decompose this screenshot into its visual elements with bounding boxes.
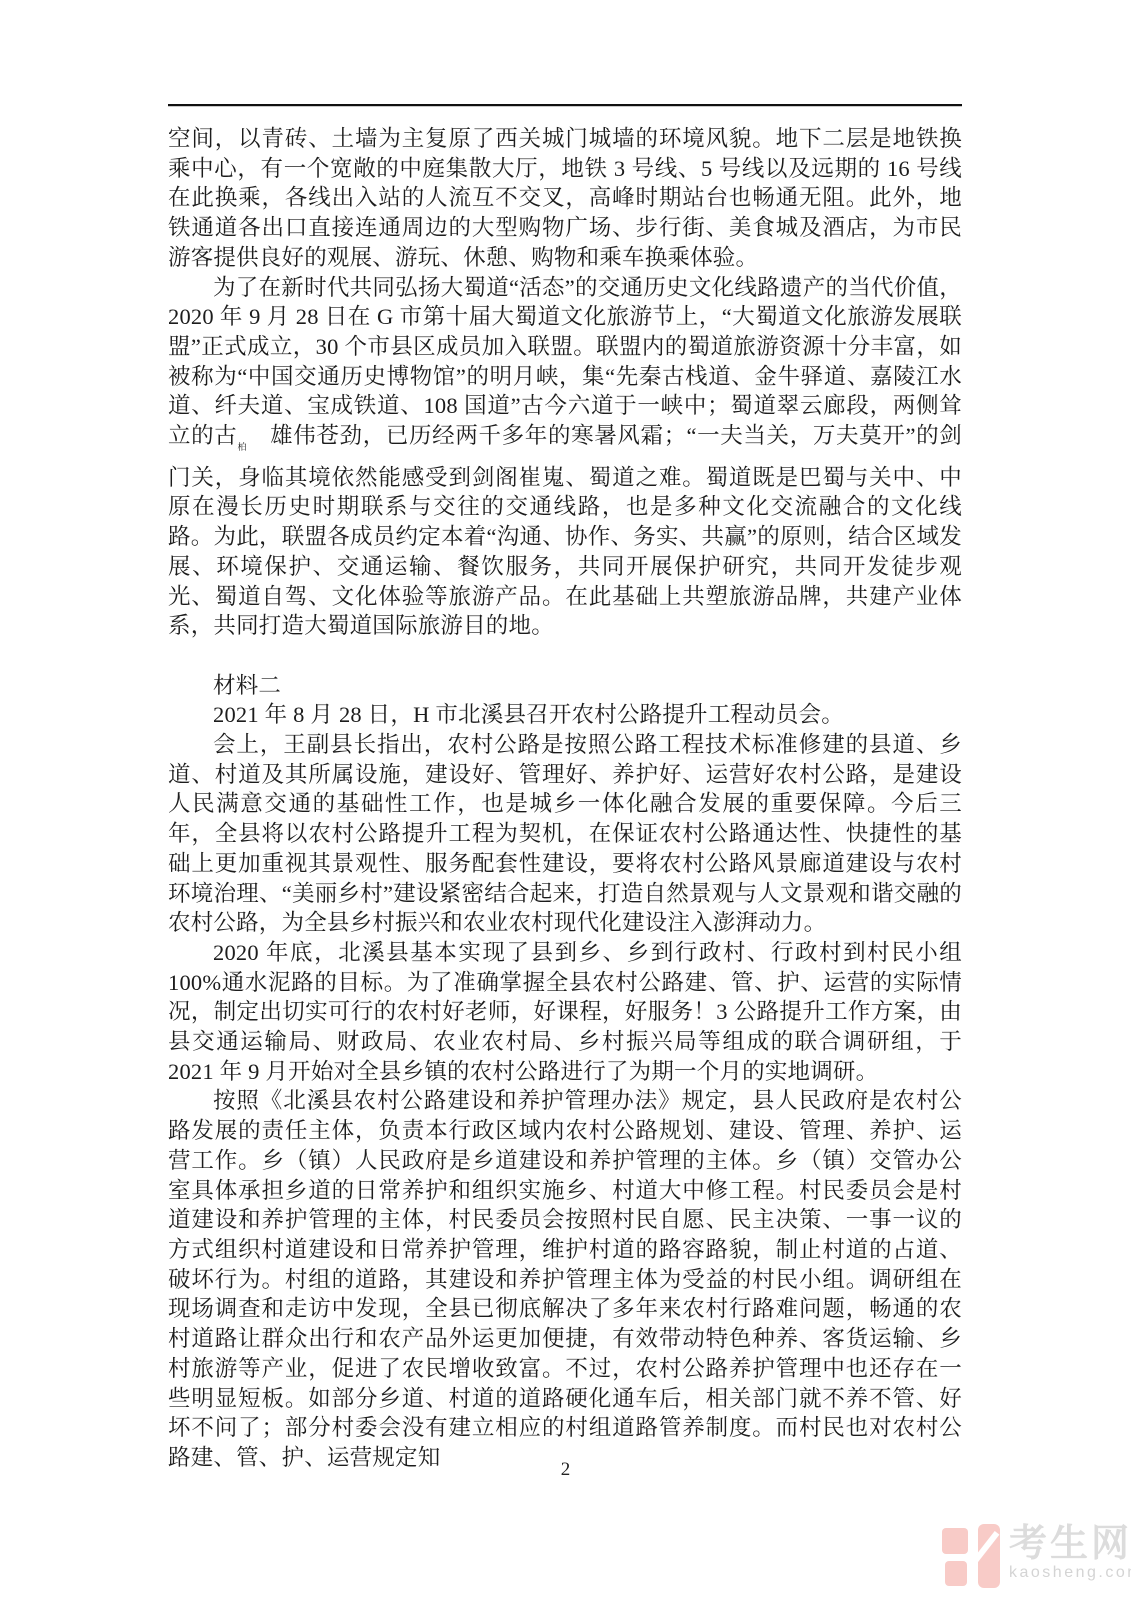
paragraph-management-measures: 按照《北溪县农村公路建设和养护管理办法》规定，县人民政府是农村公路发展的责任主体… bbox=[168, 1086, 962, 1472]
watermark-site-name: 考生网 bbox=[1009, 1524, 1131, 1564]
page-number: 2 bbox=[0, 1459, 1131, 1481]
paragraph-survey-team: 2020 年底，北溪县基本实现了县到乡、乡到行政村、行政村到村民小组 100%通… bbox=[168, 938, 962, 1087]
paragraph-text: 为了在新时代共同弘扬大蜀道“活态”的交通历史文化线路遗产的当代价值，2020 年… bbox=[168, 275, 962, 449]
logo-block-top-left bbox=[942, 1528, 968, 1554]
watermark-site-url: kaosheng.com bbox=[1009, 1564, 1131, 1582]
paragraph-mobilization-meeting: 2021 年 8 月 28 日，H 市北溪县召开农村公路提升工程动员会。 bbox=[168, 700, 962, 730]
paragraph-text: 雄伟苍劲，已历经两千多年的寒暑风霜；“一夫当关，万夫莫开”的剑门关，身临其境依然… bbox=[168, 423, 962, 638]
paragraph-metro-hub: 空间，以青砖、土墙为主复原了西关城门城墙的环境风貌。地下二层是地铁换乘中心，有一… bbox=[168, 124, 962, 273]
document-body: 空间，以青砖、土墙为主复原了西关城门城墙的环境风貌。地下二层是地铁换乘中心，有一… bbox=[168, 124, 962, 1473]
watermark-text: 考生网 kaosheng.com bbox=[1009, 1524, 1131, 1582]
document-page: 空间，以青砖、土墙为主复原了西关城门城墙的环境风貌。地下二层是地铁换乘中心，有一… bbox=[0, 0, 1131, 1600]
kaosheng-logo-icon bbox=[942, 1524, 1000, 1588]
section-heading-material-2: 材料二 bbox=[168, 671, 962, 701]
paragraph-deputy-county-head-speech: 会上，王副县长指出，农村公路是按照公路工程技术标准修建的县道、乡道、村道及其所属… bbox=[168, 730, 962, 938]
header-rule bbox=[168, 104, 962, 107]
paragraph-shudao-alliance: 为了在新时代共同弘扬大蜀道“活态”的交通历史文化线路遗产的当代价值，2020 年… bbox=[168, 273, 962, 641]
watermark: 考生网 kaosheng.com bbox=[942, 1524, 1131, 1588]
logo-block-bottom-left bbox=[945, 1561, 967, 1586]
tiny-subscript-char: 柏 bbox=[237, 442, 246, 452]
